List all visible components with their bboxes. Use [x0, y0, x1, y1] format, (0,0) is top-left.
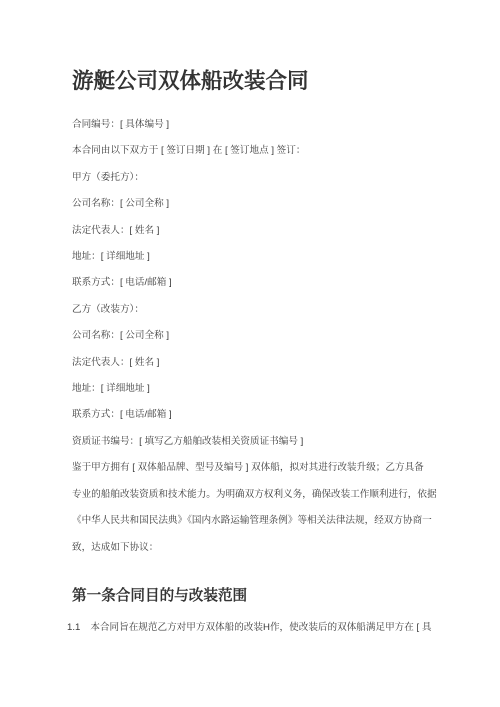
- clause-1-1-number: 1.1: [67, 615, 80, 641]
- party-b-label: 乙方（改装方）：: [72, 297, 476, 323]
- document-title: 游艇公司双体船改装合同: [72, 66, 476, 96]
- contract-document-page: 游艇公司双体船改装合同 合同编号：[ 具体编号 ] 本合同由以下双方于 [ 签订…: [0, 0, 500, 707]
- clause-1-1-text: 本合同旨在规范乙方对甲方双体船的改装H作，使改装后的双体船满足甲方在 [ 具: [90, 622, 431, 633]
- section-1-heading: 第一条合同目的与改装范围: [72, 586, 476, 606]
- party-a-company-name: 公司名称：[ 公司全称 ]: [72, 191, 476, 217]
- contract-number-line: 合同编号：[ 具体编号 ]: [72, 112, 476, 138]
- party-a-address: 地址：[ 详细地址 ]: [72, 244, 476, 270]
- preamble-line-1: 鉴于甲方拥有 [ 双体船品牌、型号及编号 ] 双体船，拟对其进行改装升级；乙方具…: [72, 455, 476, 481]
- party-a-legal-representative: 法定代表人：[ 姓名 ]: [72, 218, 476, 244]
- party-b-company-name: 公司名称：[ 公司全称 ]: [72, 323, 476, 349]
- party-b-contact: 联系方式：[ 电话/邮箱 ]: [72, 402, 476, 428]
- contract-body: 合同编号：[ 具体编号 ] 本合同由以下双方于 [ 签订日期 ] 在 [ 签订地…: [72, 112, 476, 561]
- preamble-line-4: 致，达成如下协议：: [72, 535, 476, 561]
- preamble-line-2: 专业的船舶改装资质和技术能力。为明确双方权利义务，确保改装工作顺利进行，依据: [72, 482, 476, 508]
- signing-info-line: 本合同由以下双方于 [ 签订日期 ] 在 [ 签订地点 ] 签订：: [72, 138, 476, 164]
- party-a-label: 甲方（委托方）：: [72, 165, 476, 191]
- preamble-line-3: 《中华人民共和国民法典》《国内水路运输管理条例》等相关法律法规，经双方协商一: [72, 508, 476, 534]
- party-b-address: 地址：[ 详细地址 ]: [72, 376, 476, 402]
- qualification-cert-number: 资质证书编号：[ 填写乙方船舶改装相关资质证书编号 ]: [72, 429, 476, 455]
- party-a-contact: 联系方式：[ 电话/邮箱 ]: [72, 270, 476, 296]
- party-b-legal-representative: 法定代表人：[ 姓名 ]: [72, 350, 476, 376]
- clause-1-1: 1.1本合同旨在规范乙方对甲方双体船的改装H作，使改装后的双体船满足甲方在 [ …: [67, 615, 476, 641]
